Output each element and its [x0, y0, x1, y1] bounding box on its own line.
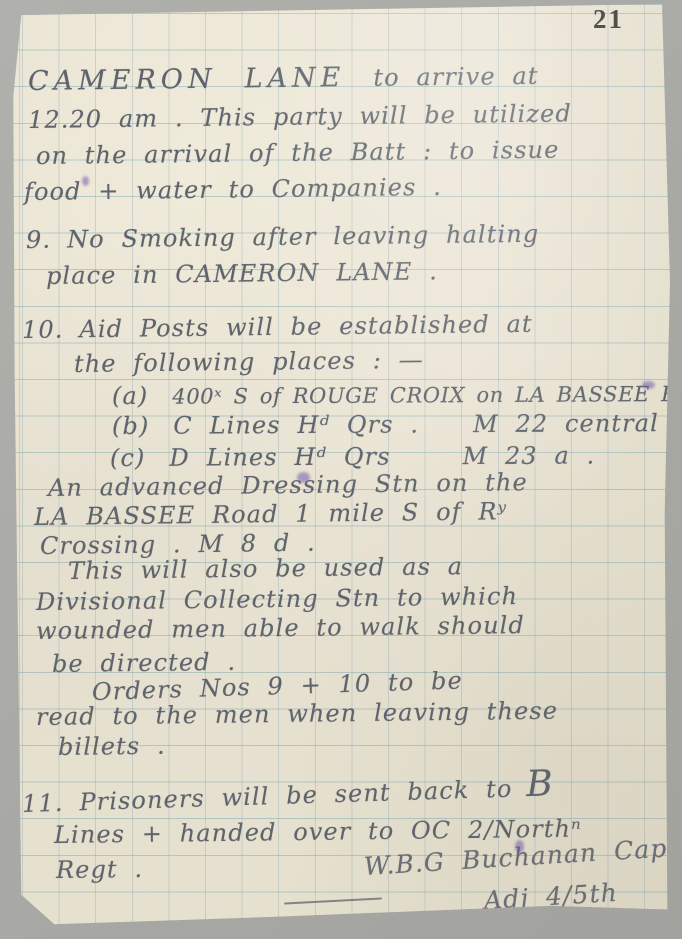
order-item-10-line-12: billets .	[58, 732, 166, 761]
signature-flourish-line	[284, 897, 382, 904]
item-10-number: 10.	[22, 315, 64, 344]
place-name-cameron: CAMERON	[28, 64, 217, 97]
ink-stain	[297, 472, 310, 483]
intro-line-1-rest: to arrive at	[373, 62, 539, 92]
place-name-lane: LANE	[244, 62, 345, 94]
intro-line-3: on the arrival of the Batt : to issue	[36, 136, 560, 170]
order-item-10-line-6: This will also be used as a	[68, 552, 463, 585]
order-item-10-line-11: read to the men when leaving these	[36, 697, 558, 731]
aid-post-c-map-ref: M 23 a .	[463, 441, 596, 470]
order-item-10-line-8: wounded men able to walk should	[36, 611, 525, 645]
order-item-10-line-2: the following places : —	[74, 346, 424, 378]
item-11-text-1: Prisoners will be sent back to	[79, 775, 513, 817]
order-item-10-line-7: Divisional Collecting Stn to which	[36, 582, 518, 616]
item-10-text-1: Aid Posts will be established at	[79, 310, 533, 344]
aid-post-b-text: C Lines Hᵈ Qrs .	[173, 410, 419, 439]
aid-post-a: (a) 400ˣ S of ROUGE CROIX on LA BASSEE R…	[112, 379, 682, 410]
item-9-number: 9.	[26, 226, 51, 254]
photo-background: 21 CAMERON LANE to arrive at 12.20 am . …	[0, 0, 682, 939]
aid-post-b-label: (b)	[112, 412, 150, 440]
ink-stain	[515, 840, 524, 853]
signature-role: Adj 4/5th	[483, 878, 619, 915]
item-9-text-1: No Smoking after leaving halting	[67, 220, 540, 254]
aid-post-b: (b) C Lines Hᵈ Qrs . M 22 central	[112, 409, 659, 440]
intro-line-1: CAMERON LANE to arrive at	[28, 60, 539, 97]
aid-post-b-map-ref: M 22 central	[473, 409, 659, 438]
order-item-10-line-4: LA BASSEE Road 1 mile S of Rʸ	[34, 497, 508, 531]
document-page: 21 CAMERON LANE to arrive at 12.20 am . …	[8, 4, 670, 928]
ink-stain	[642, 381, 655, 389]
order-item-9-line-1: 9. No Smoking after leaving halting	[26, 220, 540, 254]
order-item-11-line-3: Regt .	[56, 855, 143, 884]
page-number-stamp: 21	[593, 4, 624, 35]
ink-stain	[82, 176, 89, 186]
aid-post-c-text: D Lines Hᵈ Qrs	[169, 443, 390, 472]
order-item-9-line-2: place in CAMERON LANE .	[46, 257, 438, 290]
aid-post-a-text: 400ˣ S of ROUGE CROIX on LA BASSEE RD	[172, 382, 682, 409]
item-11-big-letter: B	[526, 784, 554, 785]
intro-line-2: 12.20 am . This party will be utilized	[28, 99, 572, 134]
order-item-10-line-1: 10. Aid Posts will be established at	[22, 310, 533, 344]
item-11-number: 11.	[22, 789, 64, 818]
order-item-11-line-1: 11. Prisoners will be sent back to B	[22, 773, 555, 818]
aid-post-a-label: (a)	[112, 382, 148, 410]
aid-post-c-label: (c)	[110, 444, 146, 472]
